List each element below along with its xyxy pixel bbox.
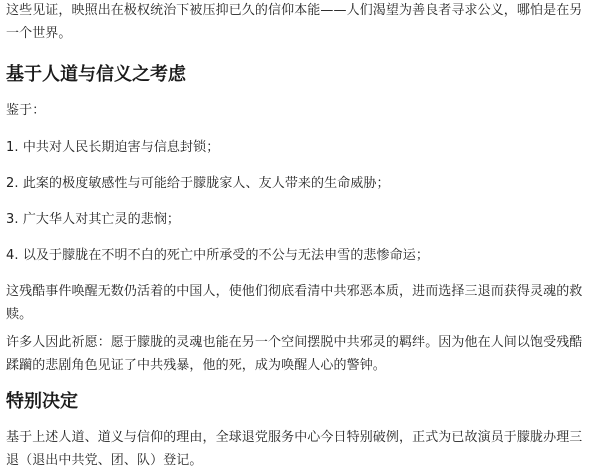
article-document: 这些见证，映照出在极权统治下被压抑已久的信仰本能——人们渴望为善良者寻求公义，哪… <box>0 0 600 472</box>
list-item-4: 4. 以及于朦胧在不明不白的死亡中所承受的不公与无法申雪的悲惨命运； <box>6 244 592 267</box>
prayer-paragraph: 许多人因此祈愿：愿于朦胧的灵魂也能在另一个空间摆脱中共邪灵的羁绊。因为他在人间以… <box>6 331 592 377</box>
awakening-paragraph: 这残酷事件唤醒无数仍活着的中国人，使他们彻底看清中共邪恶本质，进而选择三退而获得… <box>6 280 592 326</box>
section-heading-humanitarian: 基于人道与信义之考虑 <box>6 62 592 88</box>
list-item-2: 2. 此案的极度敏感性与可能给于朦胧家人、友人带来的生命威胁； <box>6 172 592 195</box>
section-heading-special-decision: 特别决定 <box>6 389 592 415</box>
intro-paragraph: 这些见证，映照出在极权统治下被压抑已久的信仰本能——人们渴望为善良者寻求公义，哪… <box>6 0 592 45</box>
list-item-3: 3. 广大华人对其亡灵的悲悯； <box>6 208 592 231</box>
list-item-1: 1. 中共对人民长期迫害与信息封锁； <box>6 136 592 159</box>
lead-text: 鉴于： <box>6 99 592 122</box>
decision-paragraph: 基于上述人道、道义与信仰的理由，全球退党服务中心今日特别破例，正式为已故演员于朦… <box>6 426 592 472</box>
